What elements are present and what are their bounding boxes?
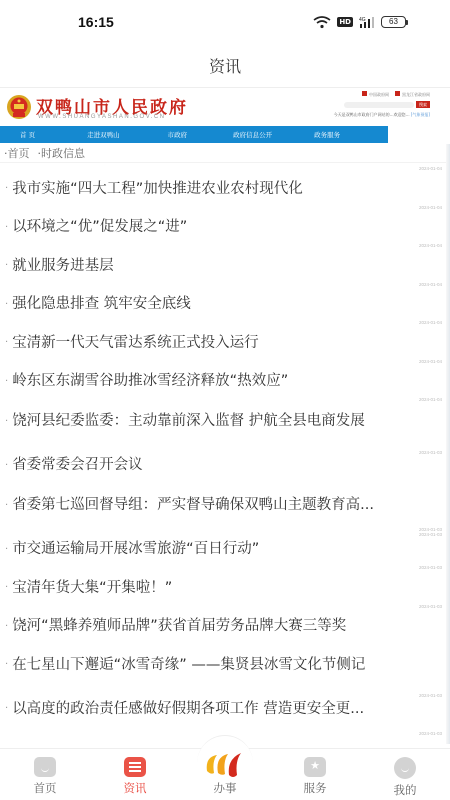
news-item[interactable]: 2024-01-03·宝清年货大集“开集啦！” (0, 562, 450, 601)
news-icon (124, 757, 146, 777)
site-search-input[interactable] (344, 102, 414, 108)
news-item[interactable]: 2024-01-03·市交通运输局开展冰雪旅游“百日行动” (0, 518, 450, 562)
breadcrumb: ·首页 ·时政信息 (0, 143, 450, 163)
tab-services[interactable]: ★ 服务 (270, 749, 360, 800)
bottom-tab-bar: 首页 资讯 办事 ★ 服务 我的 (0, 748, 450, 800)
signal-icon: 4G (359, 16, 375, 28)
tab-news[interactable]: 资讯 (90, 749, 180, 800)
webview-scrollbar[interactable] (446, 144, 450, 744)
top-link-gov-cn[interactable]: 中国政府网 (362, 91, 389, 98)
service-logo-icon (203, 751, 247, 779)
battery-icon: 63 (381, 16, 408, 28)
site-search-button[interactable]: 搜索 (416, 101, 430, 108)
site-url: WWW.SHUANGYASHAN.GOV.CN (38, 114, 166, 120)
tab-label: 我的 (394, 782, 417, 798)
news-date: 2024-01-04 (419, 166, 442, 171)
news-item[interactable]: 2024-01-04·以环境之“优”促发展之“进” (0, 202, 450, 241)
star-icon: ★ (304, 757, 326, 777)
site-nav-about[interactable]: 走进双鸭山 (87, 130, 120, 139)
home-icon (34, 757, 56, 777)
news-webview[interactable]: 双鸭山市人民政府 WWW.SHUANGYASHAN.GOV.CN 中国政府网 黑… (0, 88, 450, 748)
tab-affairs[interactable]: 办事 (180, 749, 270, 800)
news-date: 2024-01-03 (419, 604, 442, 609)
news-date: 2024-01-04 (419, 282, 442, 287)
news-date: 2024-01-04 (419, 243, 442, 248)
news-title[interactable]: 宝清新一代天气雷达系统正式投入运行 (12, 335, 259, 351)
news-title[interactable]: 市交通运输局开展冰雪旅游“百日行动” (12, 541, 259, 557)
tab-label: 资讯 (124, 780, 147, 796)
site-nav-home[interactable]: 首 页 (20, 130, 35, 139)
site-nav: 首 页 走进双鸭山 市政府 政府信息公开 政务服务 (0, 126, 388, 143)
news-date: 2024-01-03 (419, 565, 442, 570)
news-title[interactable]: 就业服务进基层 (12, 258, 114, 274)
tab-label: 首页 (34, 780, 57, 796)
news-title[interactable]: 我市实施“四大工程”加快推进农业农村现代化 (12, 181, 303, 197)
tab-label: 服务 (304, 780, 327, 796)
news-date: 2024-01-04 (419, 205, 442, 210)
news-date: 2024-01-04 (419, 397, 442, 402)
site-notice: 今天是双鸭山市政府门户网站的…欢迎您… [气象预报] (300, 112, 430, 118)
tab-home[interactable]: 首页 (0, 749, 90, 800)
news-title[interactable]: 在七星山下邂逅“冰雪奇缘” ——集贤县冰雪文化节侧记 (12, 657, 365, 673)
status-bar: 16:15 HD 4G 63 (0, 0, 450, 44)
hd-badge: HD (337, 17, 353, 27)
news-title[interactable]: 以环境之“优”促发展之“进” (12, 219, 187, 235)
banner-tools: 中国政府网 黑龙江省政府网 搜索 今天是双鸭山市政府门户网站的…欢迎您… [气象… (300, 90, 430, 124)
news-title[interactable]: 以高度的政治责任感做好假期各项工作 营造更安全更... (12, 701, 364, 717)
profile-icon (394, 757, 416, 779)
site-nav-services[interactable]: 政务服务 (314, 130, 340, 139)
breadcrumb-current[interactable]: ·时政信息 (38, 145, 90, 161)
news-item[interactable]: 2024-01-03·在七星山下邂逅“冰雪奇缘” ——集贤县冰雪文化节侧记 (0, 639, 450, 678)
news-title[interactable]: 省委第七巡回督导组：严实督导确保双鸭山主题教育高... (12, 497, 374, 513)
news-item[interactable]: 2024-01-04·就业服务进基层 (0, 240, 450, 279)
news-title[interactable]: 岭东区东湖雪谷助推冰雪经济释放“热效应” (12, 373, 288, 389)
site-banner: 双鸭山市人民政府 WWW.SHUANGYASHAN.GOV.CN 中国政府网 黑… (0, 88, 450, 126)
news-title[interactable]: 强化隐患排查 筑牢安全底线 (12, 296, 191, 312)
news-item[interactable]: 2024-01-04·饶河县纪委监委：主动靠前深入监督 护航全县电商发展 (0, 394, 450, 434)
news-item[interactable]: 2024-01-04·宝清新一代天气雷达系统正式投入运行 (0, 317, 450, 356)
news-title[interactable]: 饶河县纪委监委：主动靠前深入监督 护航全县电商发展 (12, 413, 365, 429)
tab-label: 办事 (214, 780, 237, 796)
news-item[interactable]: 2024-01-03·省委第七巡回督导组：严实督导确保双鸭山主题教育高... (0, 478, 450, 518)
news-list: 2024-01-04·我市实施“四大工程”加快推进农业农村现代化 2024-01… (0, 163, 450, 722)
tab-profile[interactable]: 我的 (360, 749, 450, 800)
news-date: 2024-01-04 (419, 320, 442, 325)
wifi-icon (313, 16, 331, 29)
news-item[interactable]: 2024-01-03·饶河“黑蜂养殖师品牌”获省首届劳务品牌大赛三等奖 (0, 601, 450, 640)
status-icons: HD 4G 63 (313, 16, 408, 29)
house-icon (362, 91, 367, 96)
news-title[interactable]: 省委常委会召开会议 (12, 457, 143, 473)
site-nav-disclosure[interactable]: 政府信息公开 (233, 130, 272, 139)
news-title[interactable]: 饶河“黑蜂养殖师品牌”获省首届劳务品牌大赛三等奖 (12, 618, 346, 634)
news-item[interactable]: 2024-01-04·我市实施“四大工程”加快推进农业农村现代化 (0, 163, 450, 202)
battery-level: 63 (381, 16, 406, 28)
site-nav-government[interactable]: 市政府 (168, 130, 188, 139)
news-item[interactable]: 2024-01-03·以高度的政治责任感做好假期各项工作 营造更安全更... (0, 678, 450, 722)
news-date: 2024-01-04 (419, 359, 442, 364)
news-item[interactable]: 2024-01-04·岭东区东湖雪谷助推冰雪经济释放“热效应” (0, 356, 450, 395)
national-emblem-icon (5, 93, 33, 121)
news-title[interactable]: 宝清年货大集“开集啦！” (12, 580, 172, 596)
top-link-hlj[interactable]: 黑龙江省政府网 (395, 91, 430, 98)
app-header: 资讯 (0, 44, 450, 88)
news-date: 2024-01-03 (419, 731, 442, 736)
house-icon (395, 91, 400, 96)
page-title: 资讯 (209, 54, 241, 77)
news-item[interactable]: 2024-01-04·强化隐患排查 筑牢安全底线 (0, 279, 450, 318)
breadcrumb-home[interactable]: ·首页 (4, 145, 34, 161)
weather-link[interactable]: [气象预报] (411, 112, 430, 117)
news-item[interactable]: 2024-01-03·省委常委会召开会议 (0, 434, 450, 478)
status-time: 16:15 (78, 14, 114, 30)
